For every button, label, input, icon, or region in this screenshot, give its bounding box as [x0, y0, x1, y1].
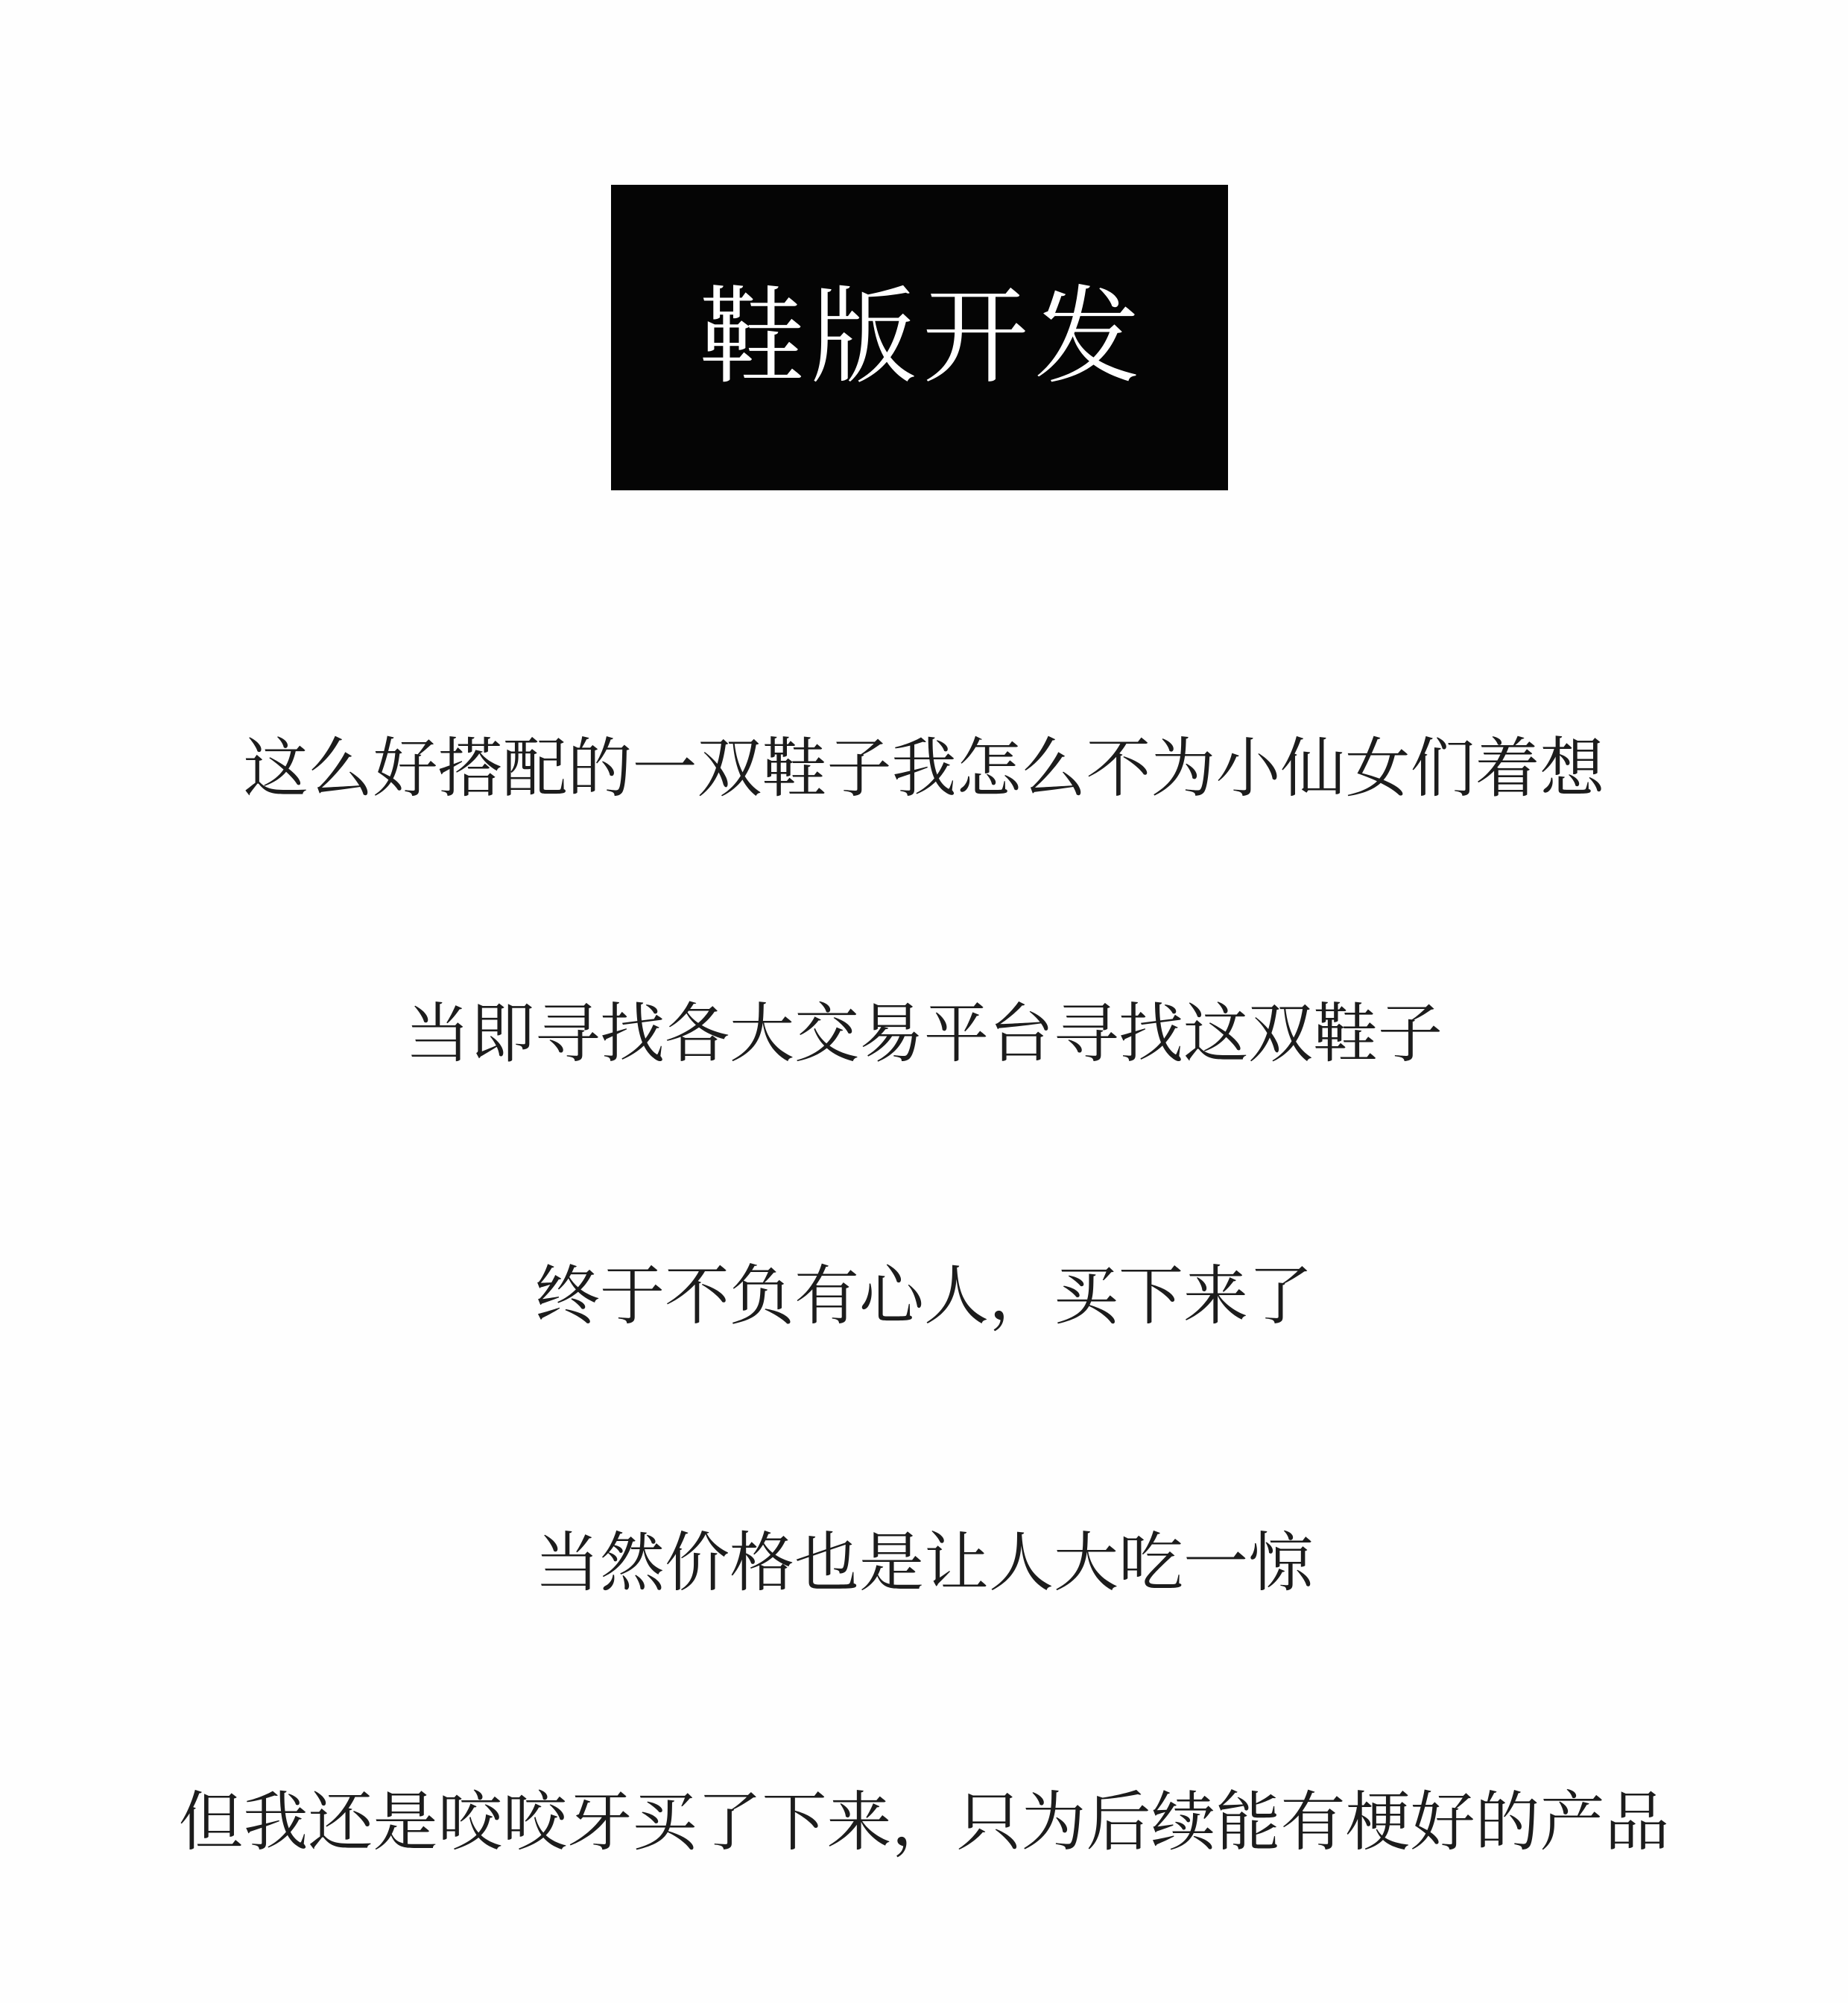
- description-line-4: 当然价格也是让人大吃一惊: [0, 1525, 1848, 1602]
- description-line-2: 当即寻找各大交易平台寻找这双鞋子: [0, 996, 1848, 1073]
- description-line-3: 终于不负有心人，买下来了: [0, 1258, 1848, 1335]
- description-line-5: 但我还是咬咬牙买了下来，只为后续能有梗好的产品: [0, 1784, 1848, 1861]
- description-line-1: 这么好搭配的一双鞋子我怎么不为小仙女们着想: [0, 730, 1848, 808]
- product-description-page: 鞋版开发 这么好搭配的一双鞋子我怎么不为小仙女们着想 当即寻找各大交易平台寻找这…: [0, 0, 1848, 2003]
- title-banner-label: 鞋版开发: [693, 285, 1146, 390]
- title-banner: 鞋版开发: [611, 185, 1228, 490]
